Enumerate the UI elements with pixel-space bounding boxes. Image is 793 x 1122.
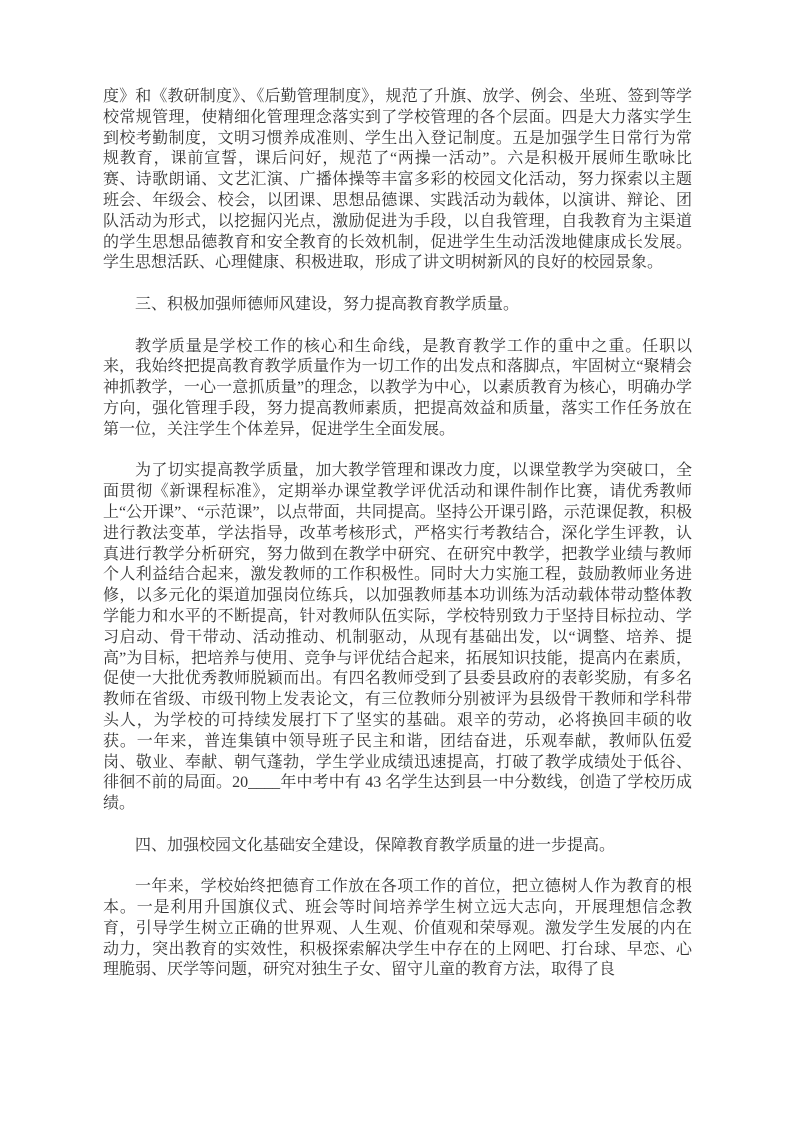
section-heading-four: 四、加强校园文化基础安全建设，保障教育教学质量的进一步提高。	[103, 836, 692, 857]
paragraph-teaching-quality: 教学质量是学校工作的核心和生命线，是教育教学工作的重中之重。任职以来，我始终把提…	[103, 337, 692, 441]
section-heading-three: 三、积极加强师德师风建设，努力提高教育教学质量。	[103, 295, 692, 316]
document-page: 度》和《教研制度》、《后勤管理制度》，规范了升旗、放学、例会、坐班、签到等学校常…	[0, 0, 793, 1122]
paragraph-moral-education: 一年来，学校始终把德育工作放在各项工作的首位，把立德树人作为教育的根本。一是利用…	[103, 877, 692, 981]
document-content: 度》和《教研制度》、《后勤管理制度》，规范了升旗、放学、例会、坐班、签到等学校常…	[103, 87, 692, 981]
paragraph-continuation: 度》和《教研制度》、《后勤管理制度》，规范了升旗、放学、例会、坐班、签到等学校常…	[103, 87, 692, 274]
paragraph-teaching-reform: 为了切实提高教学质量，加大教学管理和课改力度，以课堂教学为突破口，全面贯彻《新课…	[103, 461, 692, 815]
